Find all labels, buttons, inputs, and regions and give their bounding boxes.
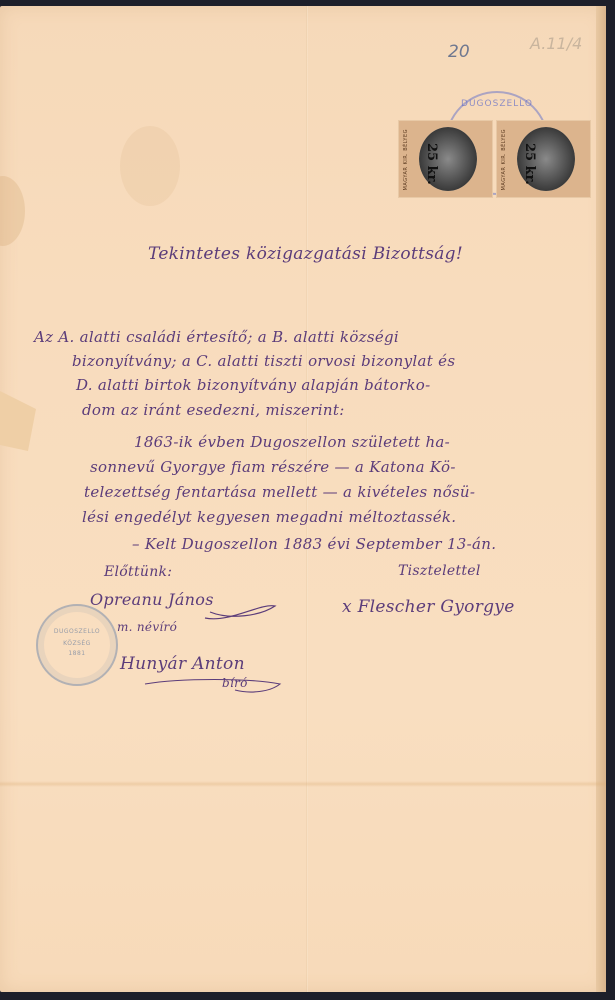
mayor-title: bíró [222, 676, 248, 690]
closing: Tisztelettel [398, 563, 481, 579]
witness-label: Előttünk: [104, 564, 172, 580]
stain [120, 126, 180, 206]
applicant-signature: x Flescher Gyorgye [342, 597, 515, 617]
revenue-stamp: MAGYAR KIR. BÉLYEG 25 kr. [398, 120, 493, 198]
body-line: 1863-ik évben Dugoszellon született ha- [134, 433, 450, 451]
mayor-signature: Hunyár Anton [120, 654, 245, 674]
body-line: D. alatti birtok bizonyítvány alapján bá… [76, 376, 431, 394]
witness-title: m. névíró [117, 620, 177, 634]
folio-number: 20 [448, 42, 470, 62]
witness-signature: Opreanu János [90, 590, 214, 609]
salutation: Tekintetes közigazgatási Bizottság! [148, 244, 463, 264]
stain [0, 176, 25, 246]
body-line: telezettség fentartása mellett — a kivét… [84, 483, 475, 501]
page-edge [596, 6, 606, 992]
document-sheet: 20 A.11/4 DUGOSZELLO MAGYAR KIR. BÉLYEG … [0, 6, 606, 992]
body-line: dom az iránt esedezni, miszerint: [82, 401, 345, 419]
signature-flourish [140, 674, 290, 696]
torn-edge [0, 391, 40, 451]
revenue-stamps: MAGYAR KIR. BÉLYEG 25 kr. MAGYAR KIR. BÉ… [398, 120, 594, 196]
revenue-stamp: MAGYAR KIR. BÉLYEG 25 kr. [496, 120, 591, 198]
body-line: bizonyítvány; a C. alatti tiszti orvosi … [72, 352, 455, 370]
body-line: sonnevű Gyorgye fiam részére — a Katona … [90, 458, 456, 476]
archive-reference: A.11/4 [530, 34, 582, 53]
date-line: – Kelt Dugoszellon 1883 évi September 13… [132, 535, 496, 553]
body-line: Az A. alatti családi értesítő; a B. alat… [34, 328, 399, 346]
signature-flourish [200, 598, 280, 628]
municipal-seal: DUGOSZELLO KÖZSÉG 1881 [36, 604, 118, 686]
body-line: lési engedélyt kegyesen megadni méltozta… [82, 508, 456, 526]
